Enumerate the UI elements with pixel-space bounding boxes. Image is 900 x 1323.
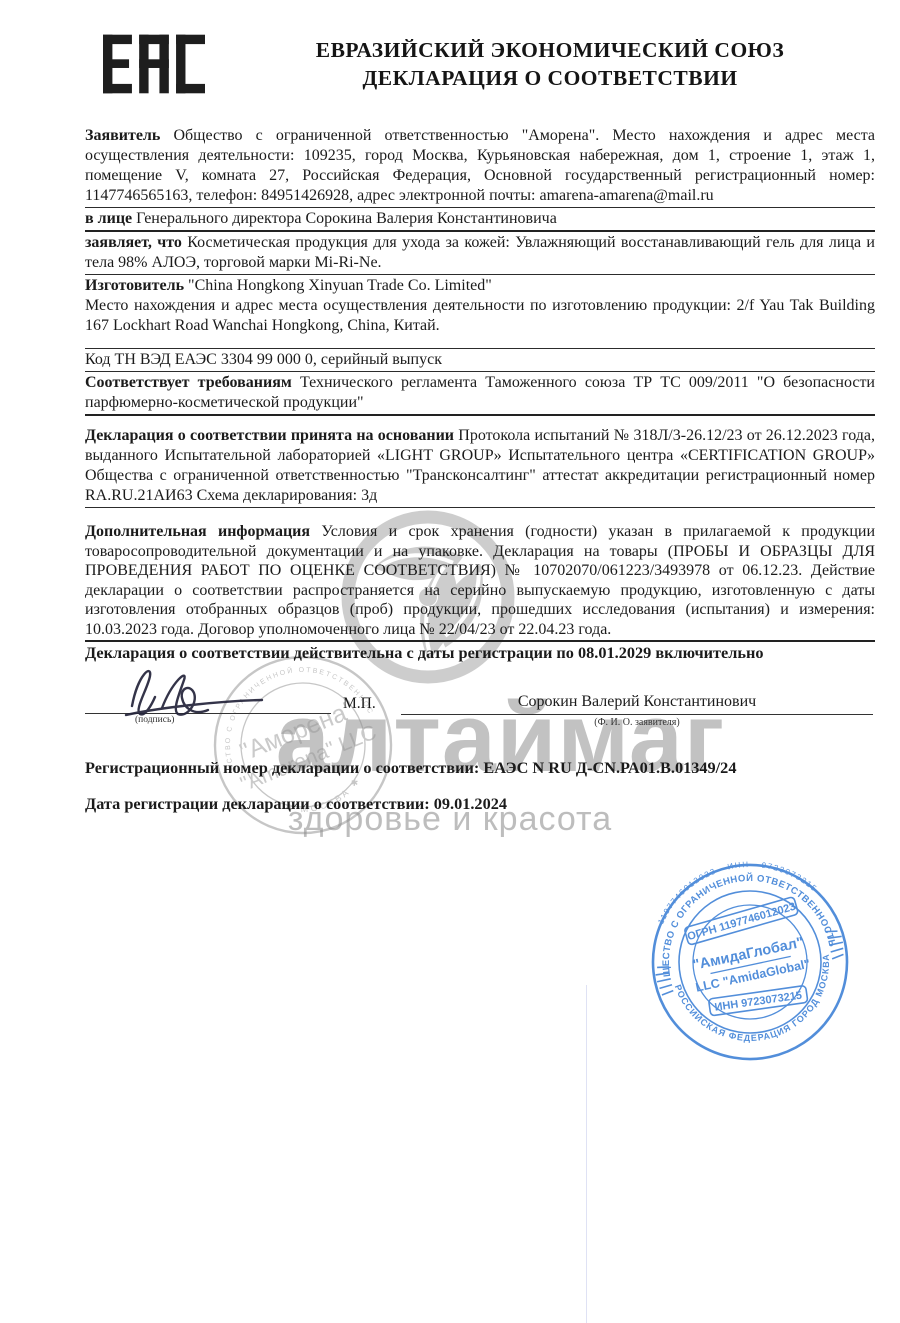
document-title: ЕВРАЗИЙСКИЙ ЭКОНОМИЧЕСКИЙ СОЮЗ ДЕКЛАРАЦИ… xyxy=(235,36,865,92)
validity-line: Декларация о соответствии действительна … xyxy=(85,643,875,663)
in-person-text: Генерального директора Сорокина Валерия … xyxy=(136,210,557,227)
svg-text:1197746012023 · ИНН · 9723: 1197746012023 · ИНН · 9723073215 xyxy=(647,855,820,927)
section-divider xyxy=(85,414,875,416)
declares-label: заявляет, что xyxy=(85,234,182,251)
document-body: Заявитель Общество с ограниченной ответс… xyxy=(85,126,875,814)
stamp-place-label: М.П. xyxy=(343,695,376,713)
declares-text: Косметическая продукция для ухода за кож… xyxy=(85,234,875,271)
section-divider xyxy=(85,207,875,208)
amida-stamp-ring-numbers: 1197746012023 · ИНН · 9723073215 xyxy=(647,855,820,927)
title-line-declaration: ДЕКЛАРАЦИЯ О СООТВЕТСТВИИ xyxy=(235,64,865,92)
amida-stamp-name-ru: "АмидаГлобал" xyxy=(692,935,806,974)
svg-text:ОБЩЕСТВО С ОГРАНИЧЕННОЙ ОТВЕТС: ОБЩЕСТВО С ОГРАНИЧЕННОЙ ОТВЕТСТВЕННОСТЬЮ xyxy=(643,855,838,988)
section-divider xyxy=(85,640,875,642)
amida-stamp-ogrn: ОГРН 1197746012023 xyxy=(686,901,797,943)
in-person-line: в лице Генерального директора Сорокина В… xyxy=(85,209,875,229)
title-line-union: ЕВРАЗИЙСКИЙ ЭКОНОМИЧЕСКИЙ СОЮЗ xyxy=(235,36,865,64)
registration-date-line: Дата регистрации декларации о соответств… xyxy=(85,794,875,814)
amidaglobal-blue-stamp: 1197746012023 · ИНН · 9723073215 ОБЩЕСТВ… xyxy=(643,855,857,1074)
complies-label: Соответствует требованиям xyxy=(85,374,292,391)
manufacturer-address: Место нахождения и адрес места осуществл… xyxy=(85,296,875,336)
registration-number-line: Регистрационный номер декларации о соотв… xyxy=(85,758,875,778)
applicant-label: Заявитель xyxy=(85,127,160,144)
signature-line xyxy=(85,713,331,714)
scan-fold-line xyxy=(586,985,587,1323)
complies-paragraph: Соответствует требованиям Технического р… xyxy=(85,373,875,413)
name-caption: (Ф. И. О. заявителя) xyxy=(401,717,873,728)
svg-text:РОССИЙСКАЯ ФЕДЕРАЦИЯ ГОРОД МОС: РОССИЙСКАЯ ФЕДЕРАЦИЯ ГОРОД МОСКВА xyxy=(672,952,845,1058)
signature-caption: (подпись) xyxy=(135,715,174,725)
additional-info-label: Дополнительная информация xyxy=(85,523,310,540)
declaration-document: ЕВРАЗИЙСКИЙ ЭКОНОМИЧЕСКИЙ СОЮЗ ДЕКЛАРАЦИ… xyxy=(0,0,900,1323)
section-divider xyxy=(85,371,875,372)
manufacturer-text: "China Hongkong Xinyuan Trade Co. Limite… xyxy=(188,277,492,294)
amida-stamp-inn: ИНН 9723073215 xyxy=(714,990,803,1014)
applicant-text: Общество с ограниченной ответственностью… xyxy=(85,127,875,204)
signature-block: (подпись) М.П. Сорокин Валерий Константи… xyxy=(85,667,875,731)
declares-paragraph: заявляет, что Косметическая продукция дл… xyxy=(85,233,875,273)
additional-info-paragraph: Дополнительная информация Условия и срок… xyxy=(85,522,875,639)
in-person-label: в лице xyxy=(85,210,132,227)
tnved-line: Код ТН ВЭД ЕАЭС 3304 99 000 0, серийный … xyxy=(85,350,875,370)
additional-info-text: Условия и срок хранения (годности) указа… xyxy=(85,523,875,638)
section-divider xyxy=(85,274,875,275)
manufacturer-label: Изготовитель xyxy=(85,277,184,294)
amida-stamp-ring-bottom: РОССИЙСКАЯ ФЕДЕРАЦИЯ ГОРОД МОСКВА xyxy=(672,952,845,1058)
amida-stamp-ring-top: ОБЩЕСТВО С ОГРАНИЧЕННОЙ ОТВЕТСТВЕННОСТЬЮ xyxy=(643,855,838,988)
section-divider xyxy=(85,230,875,232)
applicant-name: Сорокин Валерий Константинович xyxy=(401,693,873,711)
name-line xyxy=(401,714,873,715)
amida-stamp-name-en: LLC "AmidaGlobal" xyxy=(694,957,811,995)
applicant-paragraph: Заявитель Общество с ограниченной ответс… xyxy=(85,126,875,206)
section-divider xyxy=(85,507,875,508)
manufacturer-line: Изготовитель "China Hongkong Xinyuan Tra… xyxy=(85,276,875,296)
eac-mark-icon xyxy=(103,22,205,111)
basis-label: Декларация о соответствии принята на осн… xyxy=(85,427,454,444)
basis-paragraph: Декларация о соответствии принята на осн… xyxy=(85,426,875,506)
section-divider xyxy=(85,348,875,349)
